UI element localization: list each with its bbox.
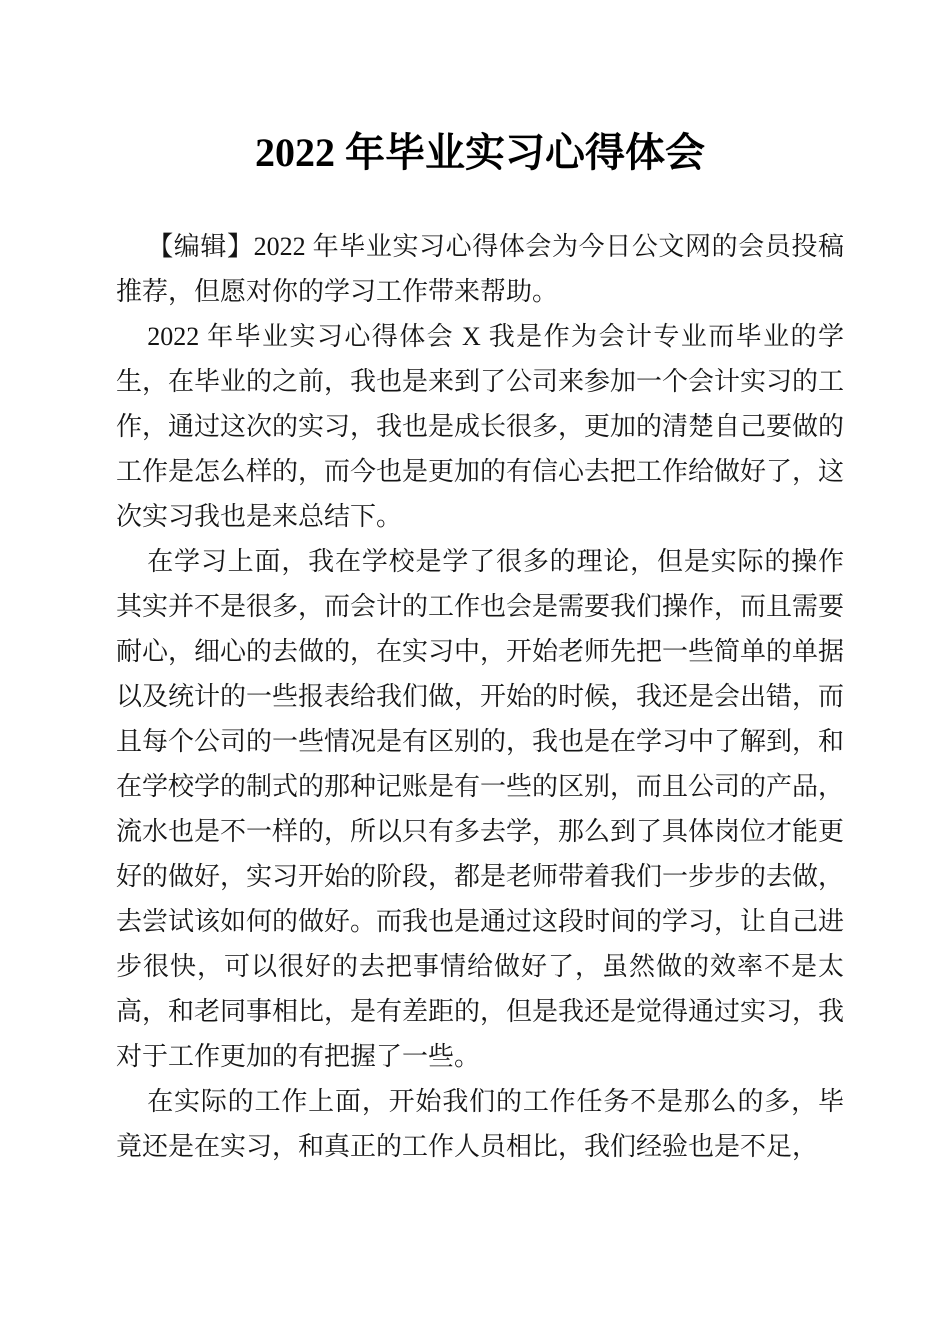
- paragraph-intro: 2022 年毕业实习心得体会 X 我是作为会计专业而毕业的学生，在毕业的之前，我…: [116, 314, 844, 539]
- document-page: 2022 年毕业实习心得体会 【编辑】2022 年毕业实习心得体会为今日公文网的…: [0, 0, 950, 1344]
- paragraph-work-experience: 在实际的工作上面，开始我们的工作任务不是那么的多，毕竟还是在实习，和真正的工作人…: [116, 1079, 844, 1169]
- paragraph-study-experience: 在学习上面，我在学校是学了很多的理论，但是实际的操作其实并不是很多，而会计的工作…: [116, 539, 844, 1079]
- document-title: 2022 年毕业实习心得体会: [116, 130, 844, 176]
- paragraph-editor-note: 【编辑】2022 年毕业实习心得体会为今日公文网的会员投稿推荐，但愿对你的学习工…: [116, 224, 844, 314]
